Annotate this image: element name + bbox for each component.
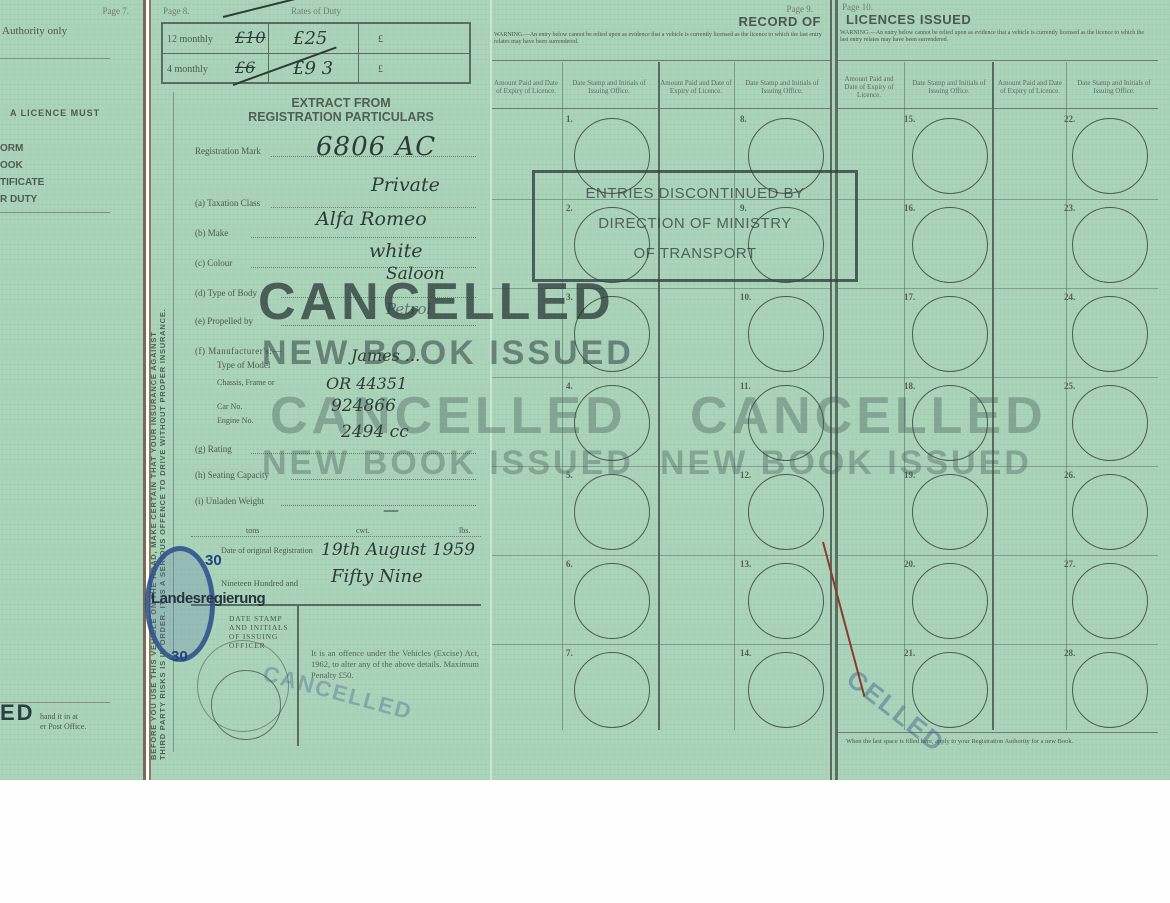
rate-period: 4 monthly: [167, 64, 208, 75]
rate-extra: £: [378, 34, 383, 45]
licence-disc-circle: [574, 563, 650, 639]
licence-slot-number: 13.: [740, 559, 751, 569]
record-title: RECORD OF: [739, 14, 822, 29]
licence-slot-number: 25.: [1064, 381, 1075, 391]
cancelled-stamp-faint-right: CANCELLED: [690, 386, 1047, 446]
field-label: (g) Rating: [195, 444, 232, 454]
new-book-issued-stamp-faint-right: NEW BOOK ISSUED: [660, 444, 1032, 483]
column-header: Date Stamp and Initials of Issuing Offic…: [1070, 66, 1158, 108]
licence-disc-circle: [912, 207, 988, 283]
licence-slot-number: 14.: [740, 648, 751, 658]
column-header: Amount Paid and Date of Expiry of Licenc…: [492, 66, 560, 108]
licence-slot-number: 1.: [566, 114, 573, 124]
page-label: Page 7.: [103, 6, 130, 16]
field-label: (h) Seating Capacity: [195, 470, 269, 480]
make-value: Alfa Romeo: [316, 208, 427, 230]
page-7: Page 7. Authority only A LICENCE MUST OR…: [0, 0, 146, 780]
licence-slot-number: 6.: [566, 559, 573, 569]
rate-value: £25: [293, 28, 327, 49]
licence-slot-number: 27.: [1064, 559, 1075, 569]
divider: [0, 58, 110, 59]
licence-disc-circle: [574, 652, 650, 728]
licence-slot-number: 7.: [566, 648, 573, 658]
revenue-stamp-value: 30: [171, 648, 188, 665]
unit-lbs: lbs.: [459, 526, 470, 535]
background-margin: [0, 780, 1170, 903]
rate-crossed: £10: [235, 28, 266, 47]
licence-slot-number: 16.: [904, 203, 915, 213]
licence-disc-circle: [1072, 563, 1148, 639]
licence-disc-circle: [748, 474, 824, 550]
authority-text: Authority only: [2, 25, 67, 37]
licence-slot-number: 15.: [904, 114, 915, 124]
licence-slot-number: 22.: [1064, 114, 1075, 124]
licence-disc-circle: [912, 474, 988, 550]
page-label: Page 8.: [163, 6, 190, 16]
rate-crossed: £6: [235, 58, 255, 77]
page-label: Page 9.: [787, 4, 814, 14]
column-header: Date Stamp and Initials of Issuing Offic…: [564, 66, 654, 108]
rate-extra: £: [378, 64, 383, 75]
registration-mark-value: 6806 AC: [316, 132, 436, 162]
warning-text: WARNING.—An entry below cannot be relied…: [840, 30, 1150, 44]
footer-text: hand it in at er Post Office.: [40, 712, 86, 732]
revenue-stamp-value: 30: [205, 552, 222, 569]
licence-disc-circle: [1072, 652, 1148, 728]
licence-disc-circle: [574, 474, 650, 550]
revenue-stamp-text: Landesregierung: [151, 590, 265, 607]
licence-slot-number: 26.: [1064, 470, 1075, 480]
rates-title: Rates of Duty: [291, 6, 341, 16]
licence-slot-number: 28.: [1064, 648, 1075, 658]
licence-disc-circle: [912, 118, 988, 194]
unit-tons: tons: [246, 526, 259, 535]
licence-disc-circle: [1072, 118, 1148, 194]
licence-disc-circle: [1072, 296, 1148, 372]
licence-disc-circle: [748, 563, 824, 639]
entries-discontinued-stamp: ENTRIES DISCONTINUED BY DIRECTION OF MIN…: [532, 170, 858, 282]
divider: [0, 212, 110, 213]
unladen-weight-value: —: [383, 500, 399, 519]
licence-line: R DUTY: [0, 191, 44, 208]
licence-slot-number: 23.: [1064, 203, 1075, 213]
footer-note: When the last space is filled here, appl…: [846, 738, 1156, 745]
field-label: (d) Type of Body: [195, 288, 257, 298]
licence-list: ORM OOK TIFICATE R DUTY: [0, 140, 44, 208]
column-header: Amount Paid and Date of Expiry of Licenc…: [838, 66, 900, 108]
licence-slot-number: 24.: [1064, 292, 1075, 302]
taxation-class-value: Private: [371, 174, 440, 196]
cancelled-stamp: CANCELLED: [258, 272, 615, 332]
licence-line: ORM: [0, 140, 44, 157]
column-header: Amount Paid and Date of Expiry of Licenc…: [660, 66, 732, 108]
licence-slot-number: 20.: [904, 559, 915, 569]
warning-text: WARNING.—An entry below cannot be relied…: [494, 32, 824, 46]
licence-slot-number: 17.: [904, 292, 915, 302]
new-book-issued-stamp: NEW BOOK ISSUED: [262, 334, 634, 373]
field-label: Chassis, Frame or: [217, 378, 275, 388]
rate-period: 12 monthly: [167, 34, 213, 45]
new-book-issued-stamp-faint: NEW BOOK ISSUED: [262, 444, 634, 483]
cancelled-stamp-fragment: ED: [0, 700, 35, 726]
page-label: Page 10.: [842, 2, 873, 12]
insurance-warning-vertical: BEFORE YOU USE THIS VEHICLE ON THE ROAD,…: [149, 100, 167, 760]
field-label: Car No.: [217, 402, 242, 411]
extract-title: EXTRACT FROM REGISTRATION PARTICULARS: [201, 96, 481, 124]
licence-line: TIFICATE: [0, 174, 44, 191]
field-label: (i) Unladen Weight: [195, 496, 264, 506]
licence-disc-circle: [748, 296, 824, 372]
cancelled-stamp-faint: CANCELLED: [270, 386, 627, 446]
field-label: Registration Mark: [195, 146, 261, 156]
rates-table: 12 monthly £10 £25 £ 4 monthly £6 £9 3 £: [161, 22, 471, 84]
licence-disc-circle: [1072, 385, 1148, 461]
column-header: Date Stamp and Initials of Issuing Offic…: [737, 66, 827, 108]
colour-value: white: [369, 240, 422, 262]
licence-disc-circle: [1072, 207, 1148, 283]
licence-disc-circle: [748, 652, 824, 728]
orig-registration-label: Date of original Registration: [221, 546, 321, 556]
nineteen-label: Nineteen Hundred and: [221, 578, 298, 588]
licence-slot-number: 10.: [740, 292, 751, 302]
licence-line: OOK: [0, 157, 44, 174]
unit-cwt: cwt.: [356, 526, 370, 535]
offence-notice: It is an offence under the Vehicles (Exc…: [311, 648, 479, 681]
licence-disc-circle: [1072, 474, 1148, 550]
field-label: (c) Colour: [195, 258, 232, 268]
field-label: (e) Propelled by: [195, 316, 253, 326]
licence-slot-number: 21.: [904, 648, 915, 658]
column-header: Amount Paid and Date of Expiry of Licenc…: [996, 66, 1064, 108]
orig-registration-value: 19th August 1959: [321, 540, 475, 560]
licence-must-text: A LICENCE MUST: [10, 108, 100, 118]
licence-slot-number: 8.: [740, 114, 747, 124]
field-label: Engine No.: [217, 416, 253, 425]
licence-disc-circle: [912, 296, 988, 372]
column-header: Date Stamp and Initials of Issuing Offic…: [906, 66, 992, 108]
licences-issued-title: LICENCES ISSUED: [846, 12, 971, 27]
licence-disc-circle: [912, 563, 988, 639]
field-label: (a) Taxation Class: [195, 198, 260, 208]
nineteen-value: Fifty Nine: [331, 566, 423, 587]
field-label: (b) Make: [195, 228, 228, 238]
